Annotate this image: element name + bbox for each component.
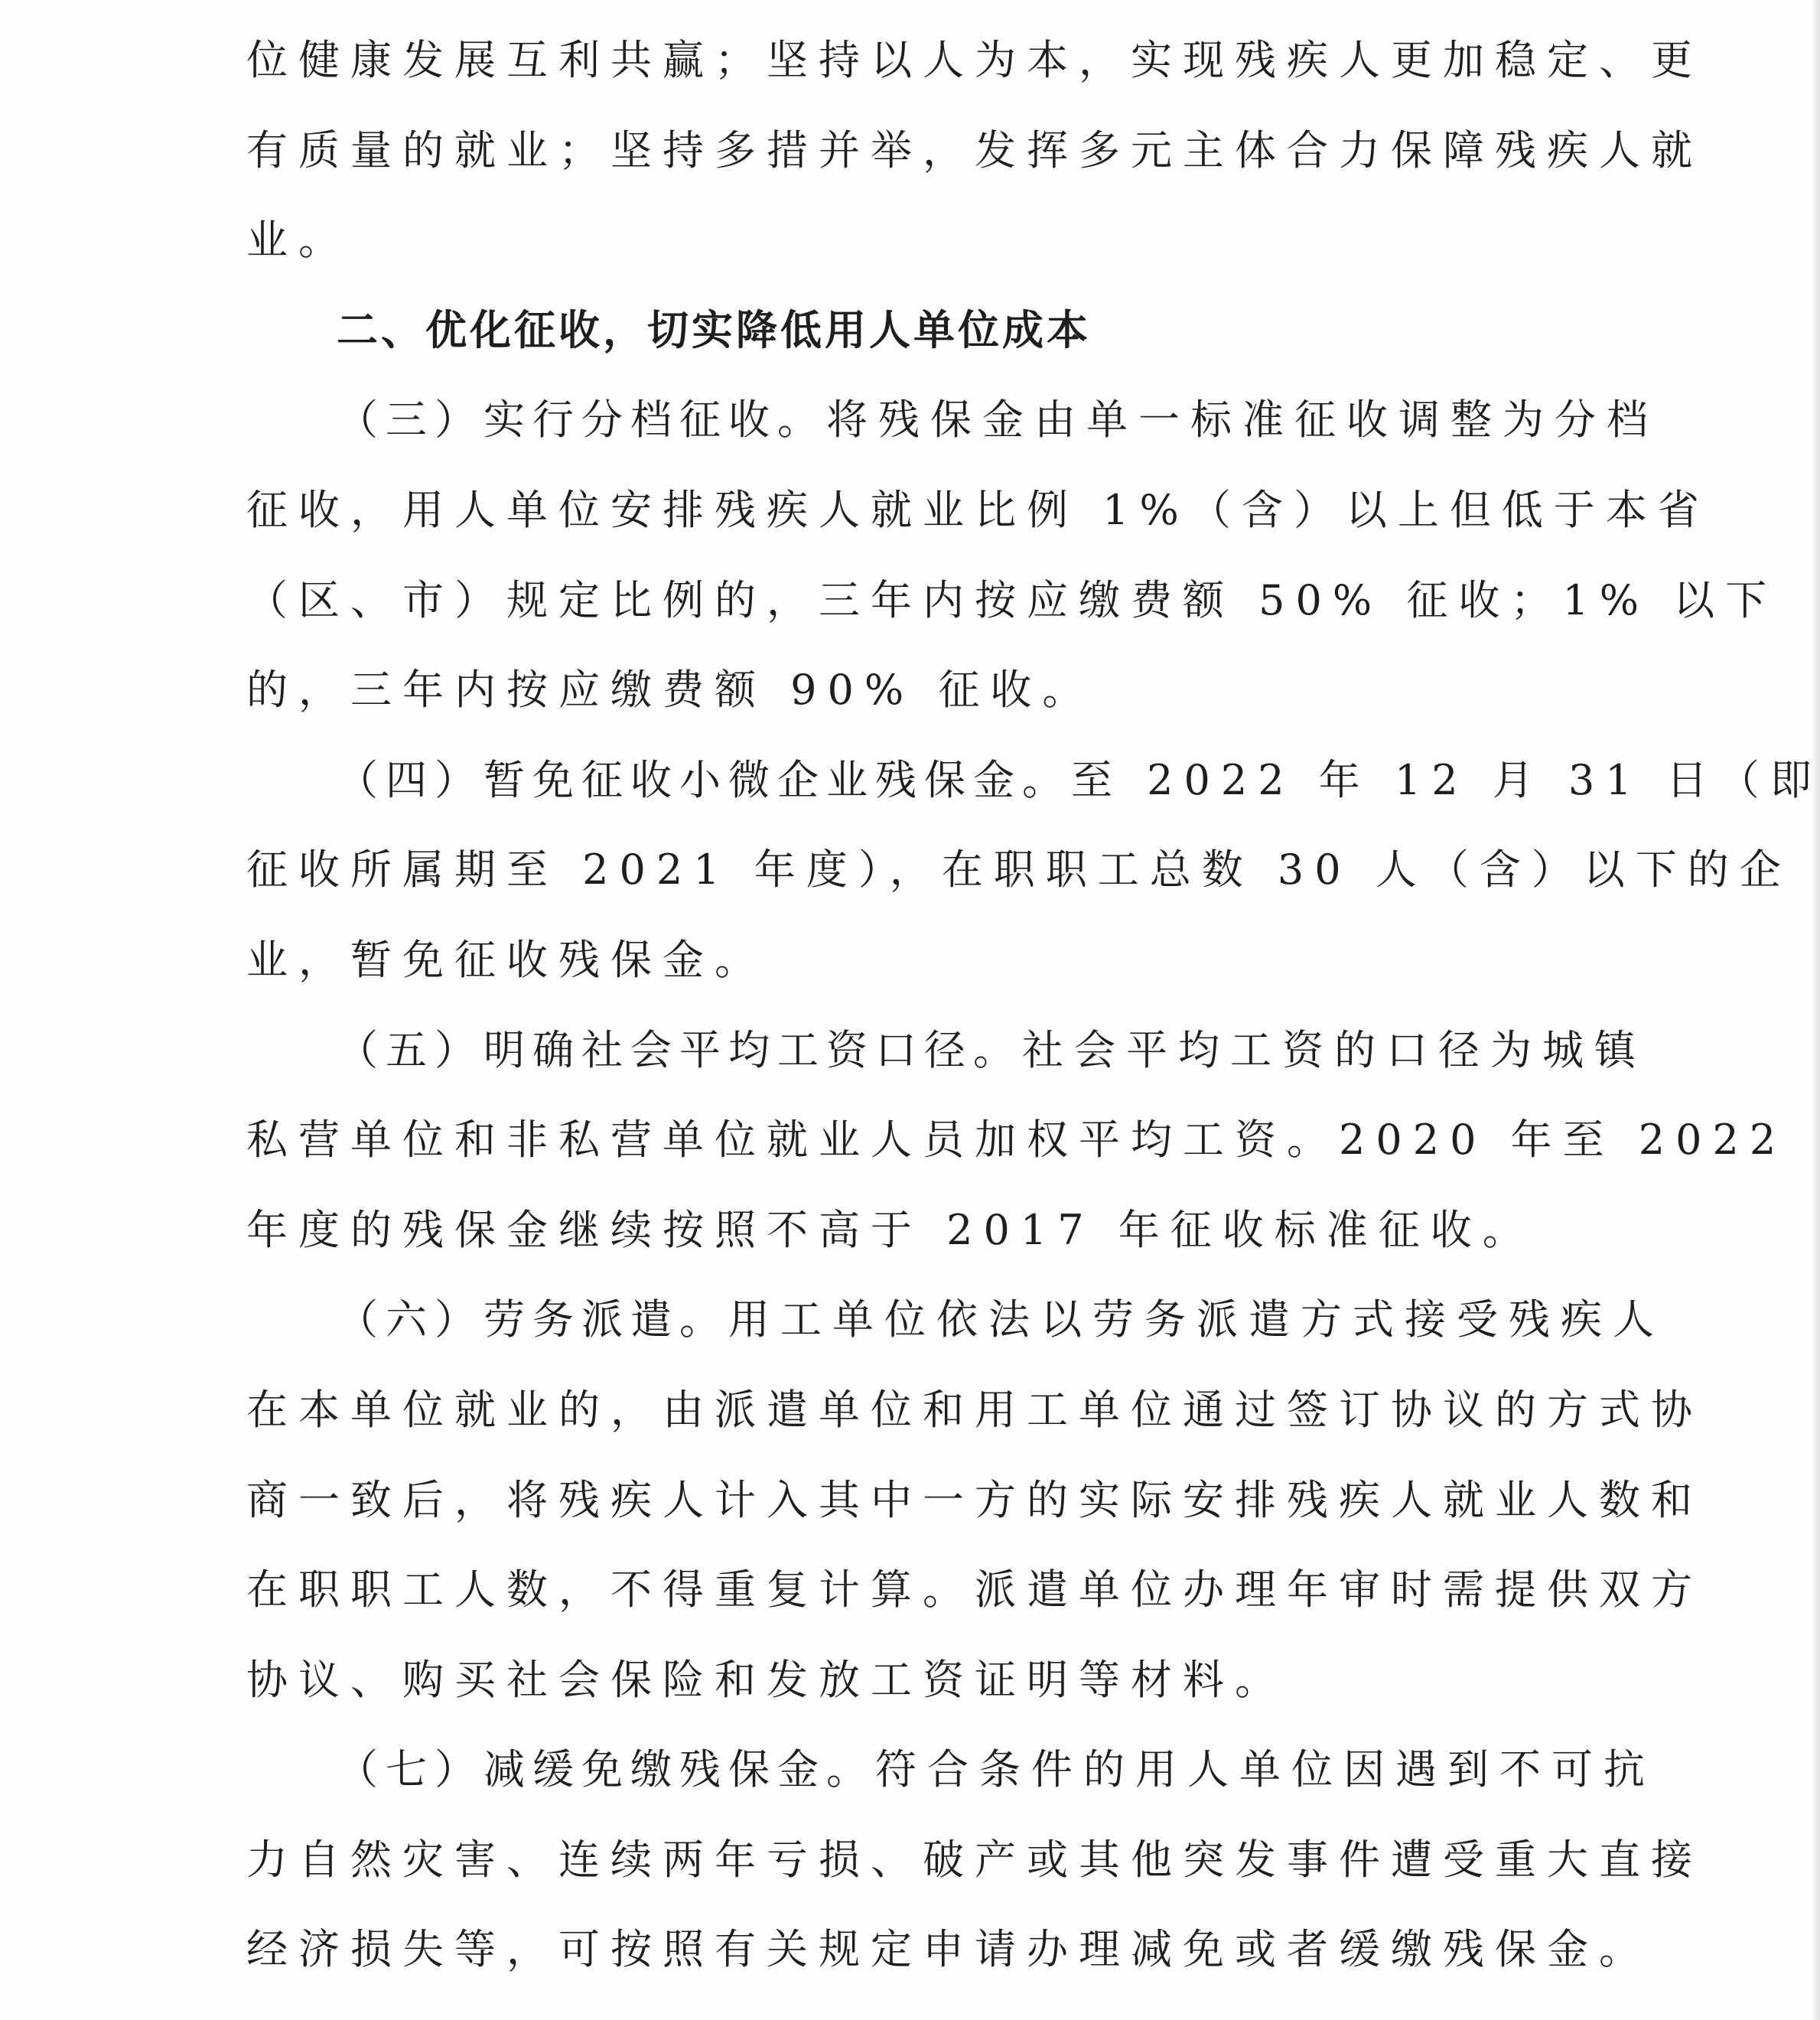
item-text: 符合条件的用人单位因遇到不可抗 [875, 1745, 1656, 1794]
item-lead: （五）明确社会平均工资口径。 [337, 1026, 1022, 1074]
item-text: 至 2022 年 12 月 31 日（即 [1071, 756, 1820, 804]
text-line: 年度的残保金继续按照不高于 2017 年征收标准征收。 [246, 1185, 1574, 1276]
text-line: 经济损失等，可按照有关规定申请办理减免或者缓缴残保金。 [246, 1904, 1574, 1995]
paragraph-item-4-first-line: （四）暂免征收小微企业残保金。至 2022 年 12 月 31 日（即 [246, 735, 1574, 826]
text-line: （区、市）规定比例的，三年内按应缴费额 50% 征收；1% 以下 [246, 555, 1574, 646]
document-body: 位健康发展互利共赢；坚持以人为本，实现残疾人更加稳定、更 有质量的就业；坚持多措… [246, 15, 1574, 1995]
text-line: 协议、购买社会保险和发放工资证明等材料。 [246, 1635, 1574, 1725]
text-line: 在本单位就业的，由派遣单位和用工单位通过签订协议的方式协 [246, 1365, 1574, 1455]
text-line: 征收所属期至 2021 年度），在职职工总数 30 人（含）以下的企 [246, 825, 1574, 915]
item-lead: （七）减缓免缴残保金。 [337, 1745, 875, 1794]
item-lead: （六）劳务派遣。 [337, 1295, 728, 1344]
text-line: 业。 [246, 195, 1574, 285]
item-lead: （三）实行分档征收。 [337, 396, 826, 444]
section-heading: 二、优化征收，切实降低用人单位成本 [246, 285, 1574, 376]
text-line: 私营单位和非私营单位就业人员加权平均工资。2020 年至 2022 [246, 1095, 1574, 1185]
text-line: 业，暂免征收残保金。 [246, 915, 1574, 1005]
text-line: 征收，用人单位安排残疾人就业比例 1%（含）以上但低于本省 [246, 465, 1574, 555]
text-line: 力自然灾害、连续两年亏损、破产或其他突发事件遭受重大直接 [246, 1815, 1574, 1905]
text-line: 有质量的就业；坚持多措并举，发挥多元主体合力保障残疾人就 [246, 106, 1574, 196]
text-line: 商一致后，将残疾人计入其中一方的实际安排残疾人就业人数和 [246, 1455, 1574, 1546]
paragraph-item-7-first-line: （七）减缓免缴残保金。符合条件的用人单位因遇到不可抗 [246, 1725, 1574, 1815]
item-text: 将残保金由单一标准征收调整为分档 [826, 396, 1659, 444]
item-lead: （四）暂免征收小微企业残保金。 [337, 756, 1071, 804]
text-line: 的，三年内按应缴费额 90% 征收。 [246, 645, 1574, 735]
item-text: 用工单位依法以劳务派遣方式接受残疾人 [728, 1295, 1665, 1344]
scanned-document-page: 位健康发展互利共赢；坚持以人为本，实现残疾人更加稳定、更 有质量的就业；坚持多措… [0, 0, 1820, 2020]
item-text: 社会平均工资的口径为城镇 [1022, 1026, 1646, 1074]
paragraph-item-3-first-line: （三）实行分档征收。将残保金由单一标准征收调整为分档 [246, 375, 1574, 465]
paragraph-item-6-first-line: （六）劳务派遣。用工单位依法以劳务派遣方式接受残疾人 [246, 1275, 1574, 1365]
paragraph-item-5-first-line: （五）明确社会平均工资口径。社会平均工资的口径为城镇 [246, 1005, 1574, 1096]
text-line: 在职职工人数，不得重复计算。派遣单位办理年审时需提供双方 [246, 1545, 1574, 1635]
text-line: 位健康发展互利共赢；坚持以人为本，实现残疾人更加稳定、更 [246, 15, 1574, 106]
scan-edge-shadow [1811, 0, 1820, 2020]
